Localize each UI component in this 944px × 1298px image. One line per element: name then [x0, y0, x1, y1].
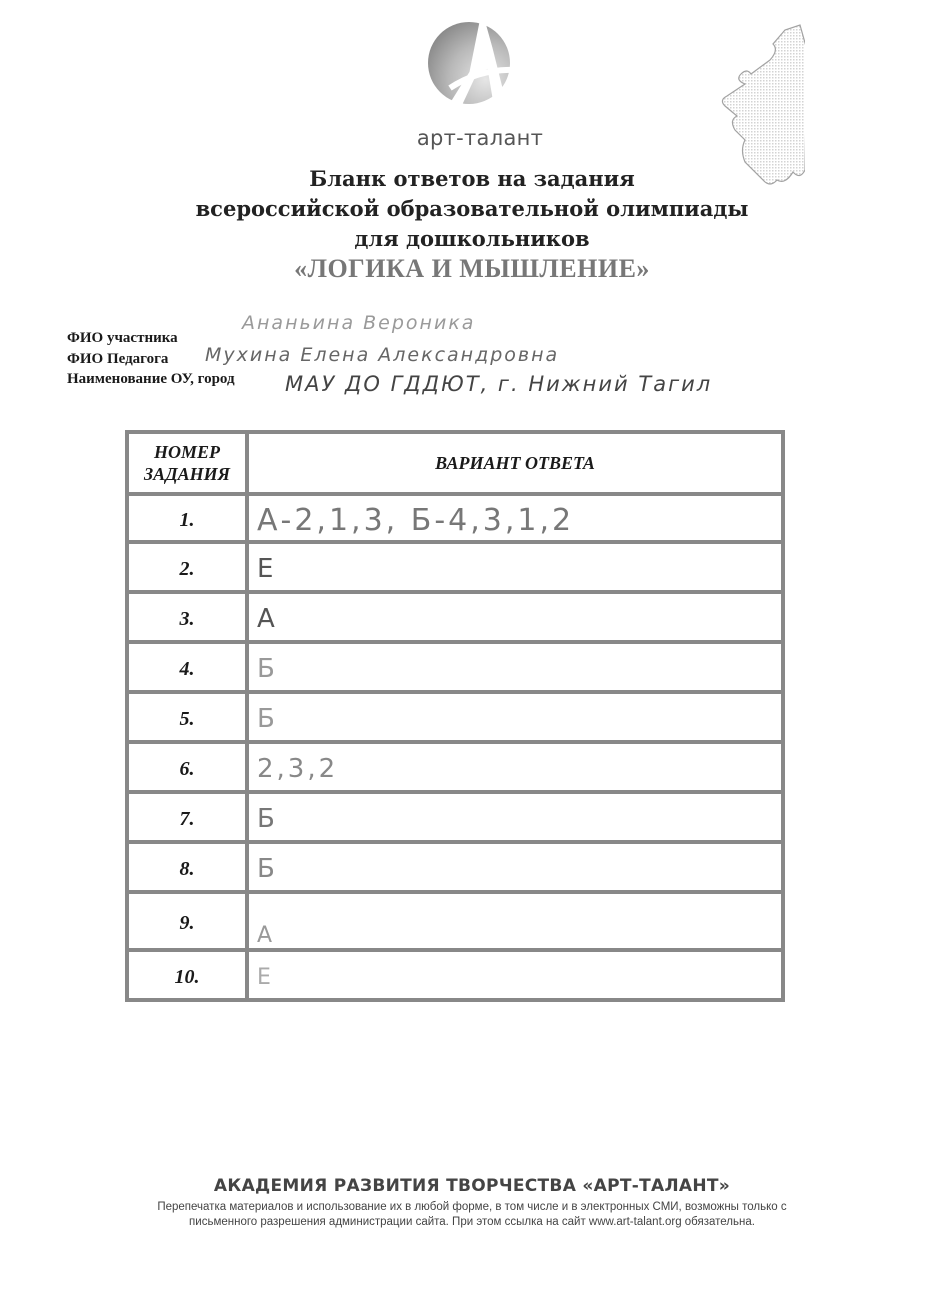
task-number: 6.: [129, 744, 249, 794]
table-header: НОМЕР ЗАДАНИЯ ВАРИАНТ ОТВЕТА: [129, 434, 781, 492]
header-task-number: НОМЕР ЗАДАНИЯ: [129, 434, 249, 492]
task-number: 8.: [129, 844, 249, 894]
answer-field[interactable]: Б: [249, 794, 781, 844]
answer-field[interactable]: А: [249, 894, 781, 952]
task-number: 4.: [129, 644, 249, 694]
table-row: 10. Е: [129, 948, 781, 1002]
table-row: 3. А: [129, 590, 781, 644]
answer-field[interactable]: А-2,1,3, Б-4,3,1,2: [249, 496, 781, 544]
table-row: 5. Б: [129, 690, 781, 744]
table-row: 9. А: [129, 890, 781, 952]
form-title-line2: всероссийской образовательной олимпиады: [0, 196, 944, 221]
teacher-label: ФИО Педагога: [67, 351, 168, 368]
institution-field[interactable]: МАУ ДО ГДДЮТ, г. Нижний Тагил: [285, 372, 712, 396]
footer-copyright-line1: Перепечатка материалов и использование и…: [0, 1201, 944, 1213]
table-row: 2. Е: [129, 540, 781, 594]
olympiad-name: «ЛОГИКА И МЫШЛЕНИЕ»: [0, 254, 944, 284]
puzzle-piece-icon: [715, 20, 805, 185]
header-task-number-line2: ЗАДАНИЯ: [144, 463, 230, 485]
form-title-line1: Бланк ответов на задания: [0, 166, 944, 191]
footer-copyright-line2: письменного разрешения администрации сай…: [0, 1216, 944, 1228]
table-row: 8. Б: [129, 840, 781, 894]
form-title-line3: для дошкольников: [0, 226, 944, 251]
task-number: 7.: [129, 794, 249, 844]
table-row: 6. 2,3,2: [129, 740, 781, 794]
task-number: 5.: [129, 694, 249, 744]
task-number: 10.: [129, 952, 249, 1002]
answer-field[interactable]: Б: [249, 844, 781, 894]
institution-label: Наименование ОУ, город: [67, 371, 235, 388]
task-number: 9.: [129, 894, 249, 952]
art-talant-logo-icon: [410, 8, 550, 128]
task-number: 3.: [129, 594, 249, 644]
art-talant-logo: арт-талант: [410, 8, 550, 148]
participant-name-field[interactable]: Ананьина Вероника: [242, 312, 475, 334]
answer-field[interactable]: Б: [249, 644, 781, 694]
table-row: 1. А-2,1,3, Б-4,3,1,2: [129, 492, 781, 544]
header-answer-variant: ВАРИАНТ ОТВЕТА: [249, 434, 781, 492]
table-row: 7. Б: [129, 790, 781, 844]
task-number: 2.: [129, 544, 249, 594]
header-task-number-line1: НОМЕР: [144, 441, 230, 463]
participant-label: ФИО участника: [67, 330, 178, 347]
table-row: 4. Б: [129, 640, 781, 694]
answer-field[interactable]: А: [249, 594, 781, 644]
answer-table: НОМЕР ЗАДАНИЯ ВАРИАНТ ОТВЕТА 1. А-2,1,3,…: [125, 430, 785, 1002]
answer-field[interactable]: Б: [249, 694, 781, 744]
footer-title: АКАДЕМИЯ РАЗВИТИЯ ТВОРЧЕСТВА «АРТ-ТАЛАНТ…: [0, 1176, 944, 1196]
brand-text: арт-талант: [410, 126, 550, 150]
task-number: 1.: [129, 496, 249, 544]
answer-field[interactable]: Е: [249, 952, 781, 1002]
answer-field[interactable]: Е: [249, 544, 781, 594]
answer-field[interactable]: 2,3,2: [249, 744, 781, 794]
teacher-name-field[interactable]: Мухина Елена Александровна: [205, 344, 559, 366]
